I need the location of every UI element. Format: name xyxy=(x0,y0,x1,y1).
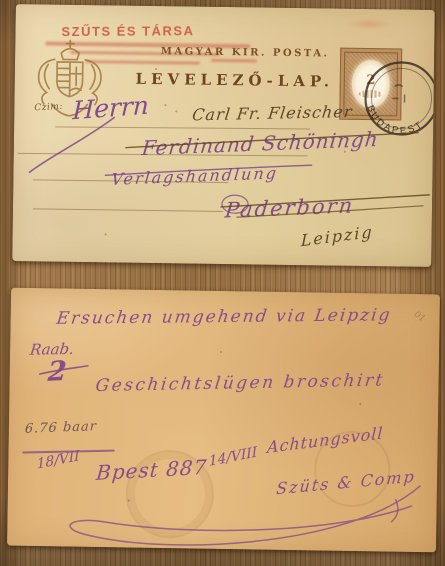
red-smudge xyxy=(346,19,394,30)
addressee-handwriting: Carl Fr. Fleischer xyxy=(191,102,353,124)
struck-name-handwriting: Ferdinand Schöningh xyxy=(141,127,380,160)
paper-speck xyxy=(164,104,166,106)
paper-speck xyxy=(155,68,157,70)
paper-speck xyxy=(220,351,222,353)
paper-speck xyxy=(175,110,177,112)
paper-speck xyxy=(359,403,361,405)
paper-speck xyxy=(105,233,107,235)
postmark-date-marks xyxy=(392,85,404,103)
company-overprint: SZŰTS ÉS TÁRSA xyxy=(61,23,194,39)
paper-speck xyxy=(128,500,130,502)
quantity-handwriting: 2 xyxy=(47,356,67,388)
item-handwriting: Geschichtslügen broschirt xyxy=(94,370,386,396)
amount-handwriting: 6.76 baar xyxy=(24,419,97,437)
struck-city-handwriting: Paderborn xyxy=(224,193,356,222)
message-line-1: Ersuchen umgehend via Leipzig xyxy=(55,305,392,329)
struck-firm-handwriting: Verlagshandlung xyxy=(111,163,279,188)
postal-authority-heading: MAGYAR KIR. POSTA. xyxy=(130,46,360,60)
card-title: LEVELEZŐ-LAP. xyxy=(110,69,360,90)
salutation-handwriting: Herrn xyxy=(72,91,149,126)
postcard-front: SZŰTS ÉS TÁRSA MAGYAR KIR. POSTA. LEVELE… xyxy=(12,4,435,267)
address-rule-line xyxy=(33,208,223,212)
date-right-handwriting: 14/VIII xyxy=(208,444,257,470)
pencil-note: 01 xyxy=(412,310,427,325)
photo-scene: SZŰTS ÉS TÁRSA MAGYAR KIR. POSTA. LEVELE… xyxy=(0,0,445,566)
address-label: Czim: xyxy=(34,102,63,114)
postcard-back: Ersuchen umgehend via Leipzig Raab. 2 Ge… xyxy=(7,288,440,553)
paper-speck xyxy=(344,151,346,153)
forward-city-handwriting: Leipzig xyxy=(301,222,374,250)
signature-tail-stroke xyxy=(391,500,398,522)
overprint-smudge-line xyxy=(211,59,257,63)
